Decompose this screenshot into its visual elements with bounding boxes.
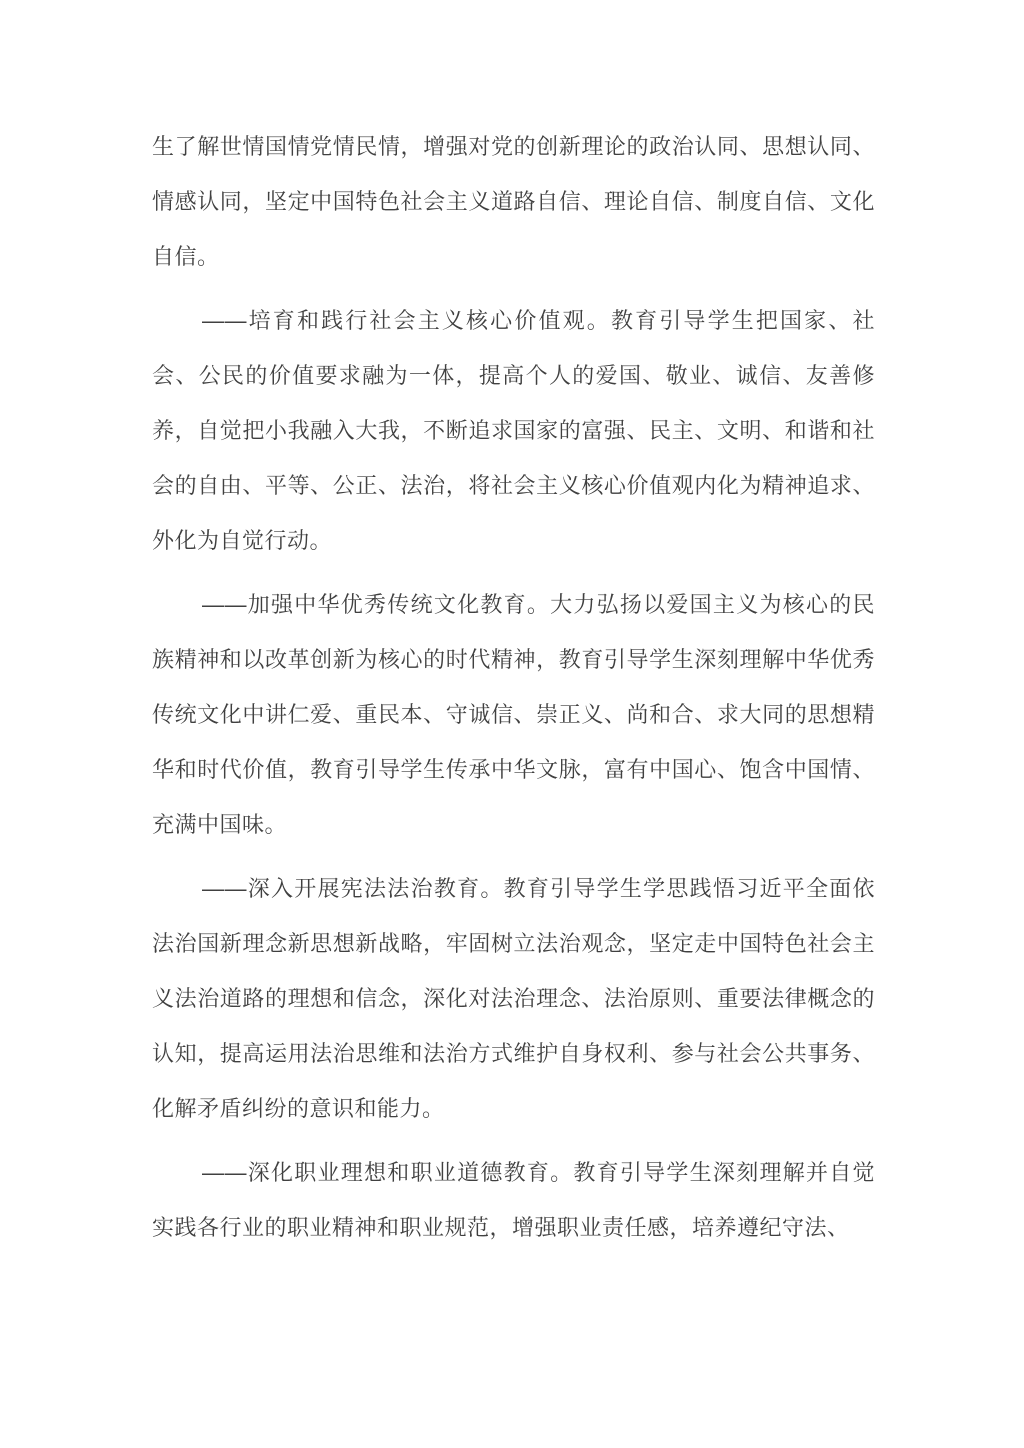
paragraph-continuation: 生了解世情国情党情民情，增强对党的创新理论的政治认同、思想认同、情感认同，坚定中… bbox=[152, 119, 875, 284]
document-text-block: 生了解世情国情党情民情，增强对党的创新理论的政治认同、思想认同、情感认同，坚定中… bbox=[152, 119, 875, 1255]
paragraph-constitution-law: ——深入开展宪法法治教育。教育引导学生学思践悟习近平全面依法治国新理念新思想新战… bbox=[152, 861, 875, 1136]
paragraph-vocational-ethics: ——深化职业理想和职业道德教育。教育引导学生深刻理解并自觉实践各行业的职业精神和… bbox=[152, 1145, 875, 1255]
document-page: 生了解世情国情党情民情，增强对党的创新理论的政治认同、思想认同、情感认同，坚定中… bbox=[0, 0, 1024, 1448]
paragraph-traditional-culture: ——加强中华优秀传统文化教育。大力弘扬以爱国主义为核心的民族精神和以改革创新为核… bbox=[152, 577, 875, 852]
paragraph-core-values: ——培育和践行社会主义核心价值观。教育引导学生把国家、社会、公民的价值要求融为一… bbox=[152, 293, 875, 568]
